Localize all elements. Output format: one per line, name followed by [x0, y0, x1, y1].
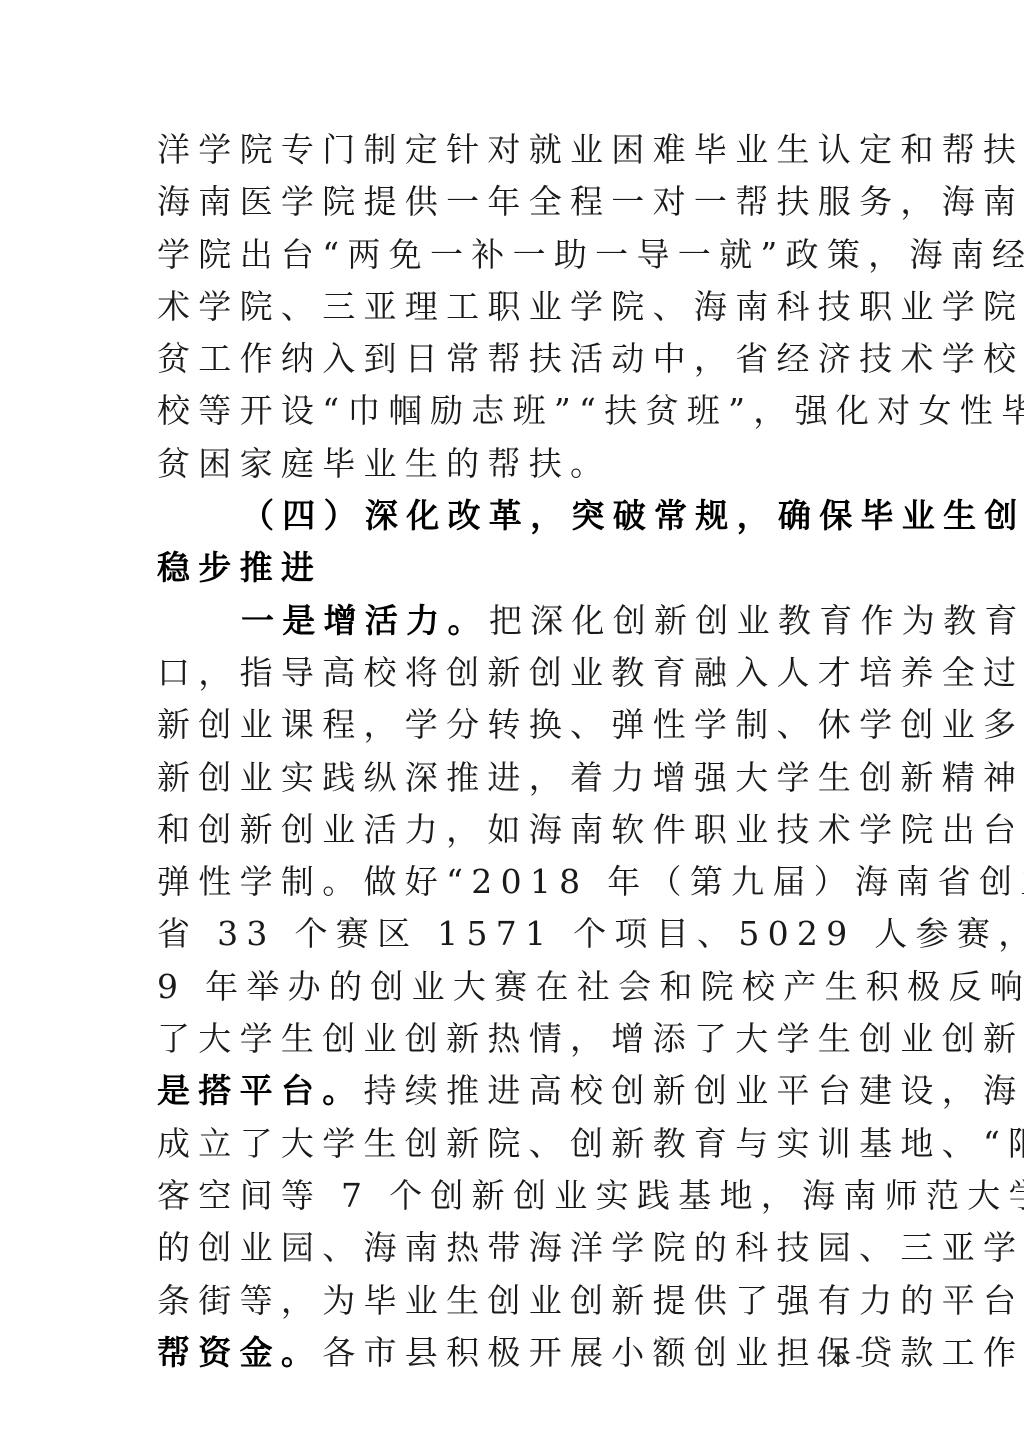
paragraph-line: 帮资金。各市县积极开展小额创业担保贷款工作，为毕业生 [157, 1327, 869, 1379]
paragraph-line: 一是增活力。把深化创新创业教育作为教育改革的突破 [157, 595, 869, 647]
paragraph-line: 校等开设“巾帼励志班”“扶贫班”，强化对女性毕业生和 [157, 385, 869, 437]
paragraph-line: 成立了大学生创新院、创新教育与实训基地、“阳光岛”创 [157, 1118, 869, 1170]
paragraph-line: 9 年举办的创业大赛在社会和院校产生积极反响，有力调动 [157, 961, 869, 1013]
paragraph-line: 弹性学制。做好“2018 年（第九届）海南省创业大赛”，全 [157, 856, 869, 908]
paragraph-line: 术学院、三亚理工职业学院、海南科技职业学院等将精准扶 [157, 281, 869, 333]
section-heading: （四）深化改革，突破常规，确保毕业生创新创业工作 [157, 490, 869, 542]
bold-lead: 一是增活力。 [241, 601, 489, 640]
paragraph-line: 条街等，为毕业生创业创新提供了强有力的平台支撑。三是 [157, 1275, 869, 1327]
section-heading-continued: 稳步推进 [157, 542, 869, 594]
document-body: 洋学院专门制定针对就业困难毕业生认定和帮扶管理办法， 海南医学院提供一年全程一对… [157, 124, 869, 1379]
paragraph-line: 口，指导高校将创新创业教育融入人才培养全过程，开发创 [157, 647, 869, 699]
paragraph-line: 和创新创业活力，如海南软件职业技术学院出台的创新创业 [157, 804, 869, 856]
paragraph-line: 了大学生创业创新热情，增添了大学生创业创新的活力。二 [157, 1013, 869, 1065]
bold-lead: 帮资金。 [157, 1333, 322, 1372]
paragraph-line: 的创业园、海南热带海洋学院的科技园、三亚学院的创业一 [157, 1222, 869, 1274]
page-number: - 5 - [800, 1342, 880, 1370]
paragraph-line: 学院出台“两免一补一助一导一就”政策，海南经贸职业技 [157, 229, 869, 281]
bold-lead: 是搭平台。 [157, 1071, 364, 1110]
paragraph-line: 新创业实践纵深推进，着力增强大学生创新精神、创业意识 [157, 752, 869, 804]
paragraph-line: 省 33 个赛区 1571 个项目、5029 人参赛，为历年之最，连续 [157, 908, 869, 960]
paragraph-line: 贫困家庭毕业生的帮扶。 [157, 438, 869, 490]
paragraph-line: 海南医学院提供一年全程一对一帮扶服务，海南外国语职业 [157, 176, 869, 228]
paragraph-line: 洋学院专门制定针对就业困难毕业生认定和帮扶管理办法， [157, 124, 869, 176]
paragraph-line: 贫工作纳入到日常帮扶活动中，省经济技术学校、省农业学 [157, 333, 869, 385]
paragraph-line: 新创业课程，学分转换、弹性学制、休学创业多点突破，创 [157, 699, 869, 751]
paragraph-line: 客空间等 7 个创新创业实践基地，海南师范大学桂林洋校区 [157, 1170, 869, 1222]
paragraph-line: 是搭平台。持续推进高校创新创业平台建设，海南大学先后 [157, 1065, 869, 1117]
